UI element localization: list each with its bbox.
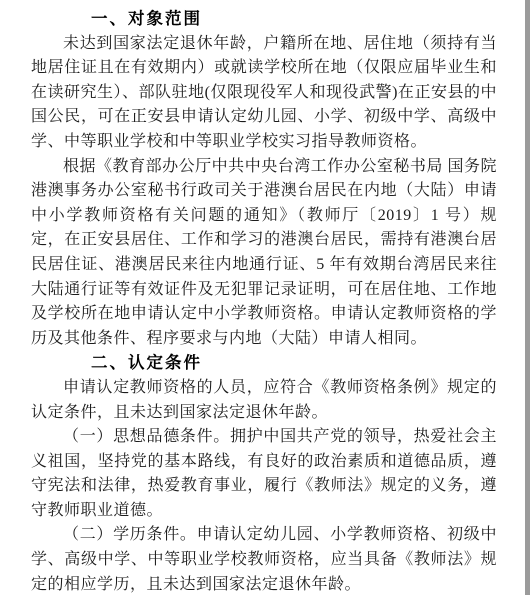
paragraph: 申请认定教师资格的人员，应符合《教师资格条例》规定的认定条件，且未达到国家法定退…: [31, 376, 497, 425]
section-heading-conditions: 二、认定条件: [31, 351, 497, 376]
document-page: 一、对象范围 未达到国家法定退休年龄，户籍所在地、居住地（须持有当地居住证且在有…: [0, 0, 525, 595]
page-right-edge-bar: [525, 0, 530, 595]
paragraph: 未达到国家法定退休年龄，户籍所在地、居住地（须持有当地居住证且在有效期内）或就读…: [31, 32, 497, 155]
section-scope: 一、对象范围 未达到国家法定退休年龄，户籍所在地、居住地（须持有当地居住证且在有…: [31, 7, 497, 351]
paragraph: （二）学历条件。申请认定幼儿园、小学教师资格、初级中学、高级中学、中等职业学校教…: [31, 523, 497, 595]
section-heading-scope: 一、对象范围: [31, 7, 497, 32]
paragraph: （一）思想品德条件。拥护中国共产党的领导，热爱社会主义祖国，坚持党的基本路线，有…: [31, 425, 497, 523]
section-conditions: 二、认定条件 申请认定教师资格的人员，应符合《教师资格条例》规定的认定条件，且未…: [31, 351, 497, 595]
paragraph: 根据《教育部办公厅中共中央台湾工作办公室秘书局 国务院港澳事务办公室秘书行政司关…: [31, 155, 497, 352]
